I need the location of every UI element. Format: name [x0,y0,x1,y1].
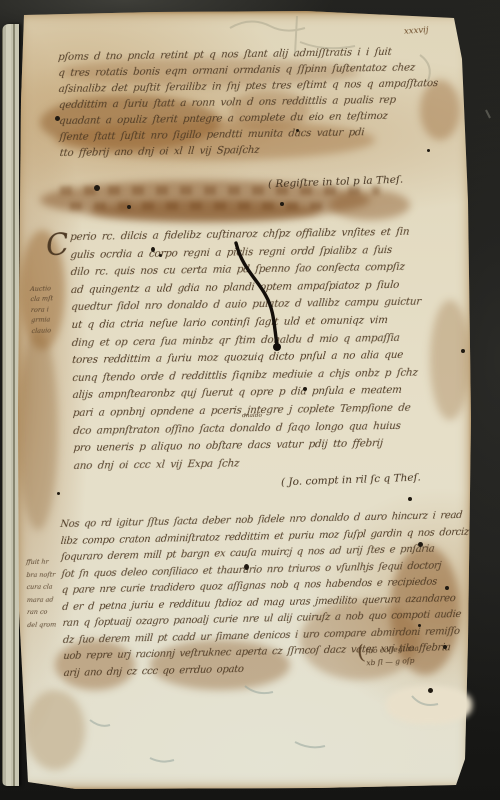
book-leaf-edges [2,24,19,786]
manuscript-line: clauio [31,325,54,336]
manuscript-line: del qrom [27,618,57,631]
manuscript-line: cla mſt [30,294,53,305]
paragraph-second: perio rc. dilcis a fidelibz cuſtinaroz c… [70,223,470,476]
initial-letter: C [44,227,71,264]
ink-speck [296,129,299,132]
manuscript-photo: xxxvij pſoms d tno pncla retint pt q nos… [0,0,500,800]
manuscript-line: ffuit hr [26,555,56,568]
ink-speck [159,254,162,257]
ink-speck [461,349,465,353]
manuscript-line: ran co [26,606,56,619]
interline-correction: dnaldo [242,413,262,419]
ink-speck [445,586,449,590]
ink-speck [418,542,423,547]
ink-speck [55,116,60,121]
ink-speck [408,497,412,501]
marginal-note-second: ffuit hrbra noſtrcura clamara adran code… [26,555,56,631]
ink-speck [428,688,433,693]
ink-speck [303,387,307,391]
ink-speck [151,247,155,252]
ink-speck [280,202,284,206]
folio-number: xxxvij [404,25,429,37]
ink-speck [443,645,447,649]
ink-speck [427,149,430,152]
manuscript-line: grmia [31,314,54,325]
manuscript-line: bra noſtr [26,568,56,581]
ink-speck [244,564,249,570]
ink-speck [57,492,60,495]
manuscript-line: mara ad [26,593,56,606]
ink-speck [94,185,100,191]
paragraph-first: pſoms d tno pncla retint pt q nos ſtant … [58,44,462,162]
ink-speck [127,205,131,209]
marginal-note-first: Auctiocla mſtrora igrmiaclauio [30,283,54,336]
manuscript-line: cura cla [26,581,56,594]
ink-speck [418,624,421,627]
archival-note: ſao collegi maxb ſl — g oſp [365,643,419,670]
